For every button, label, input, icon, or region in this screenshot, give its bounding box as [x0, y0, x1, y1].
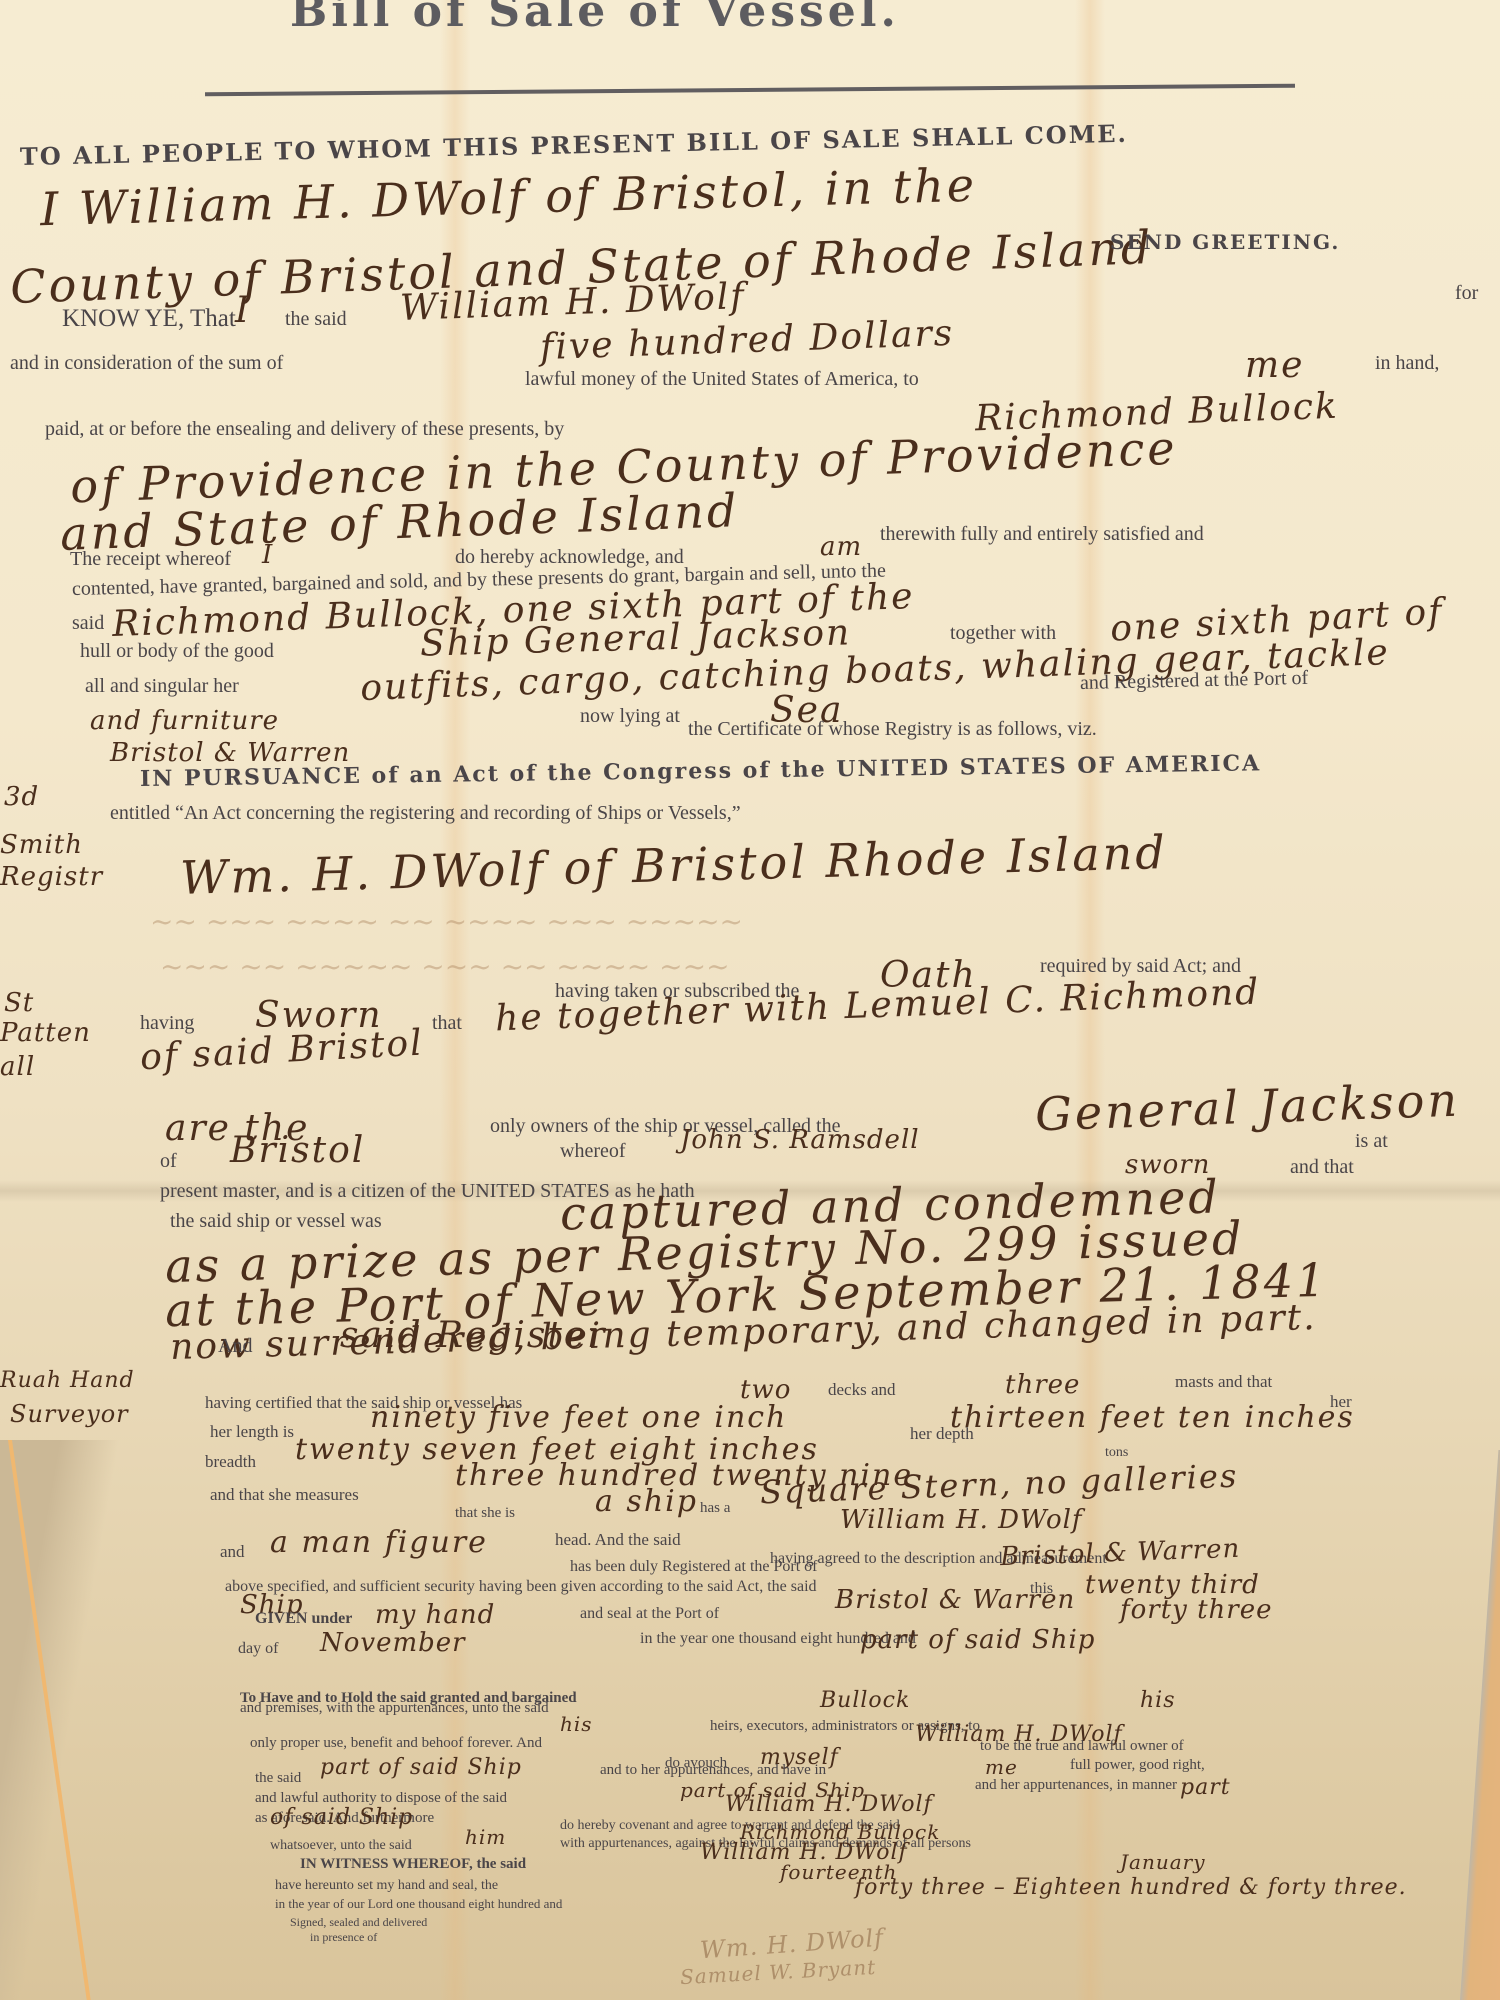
printed-said-ship: the said ship or vessel was	[170, 1210, 382, 1233]
know-ye-label: KNOW YE, That	[62, 305, 236, 333]
printed-this: this	[1030, 1580, 1053, 1598]
hw-length: ninety five feet one inch	[370, 1400, 787, 1435]
margin-note-6: all	[0, 1052, 35, 1082]
printed-whatsoever: whatsoever, unto the said	[270, 1838, 412, 1854]
printed-certificate: the Certificate of whose Registry is as …	[688, 718, 1097, 741]
printed-signed-sealed: Signed, sealed and delivered	[290, 1915, 427, 1930]
printed-consideration: and in consideration of the sum of	[10, 352, 283, 375]
send-greeting: SEND GREETING.	[1110, 230, 1340, 254]
printed-her-appurtenances: and her appurtenances, in manner	[975, 1777, 1177, 1794]
printed-receipt-1: The receipt whereof	[70, 548, 231, 571]
printed-have-hereunto: have hereunto set my hand and seal, the	[275, 1878, 498, 1894]
hw-master: John S. Ramsdell	[680, 1125, 920, 1155]
printed-hull: hull or body of the good	[80, 640, 274, 663]
hw-receipt-am: am	[820, 532, 862, 562]
printed-paid: paid, at or before the ensealing and del…	[45, 418, 564, 441]
hw-to: me	[1245, 345, 1304, 386]
printed-the-said: the said	[285, 308, 347, 331]
printed-has: has a	[700, 1500, 730, 1517]
printed-is-at: is at	[1355, 1130, 1388, 1153]
printed-seal: and seal at the Port of	[580, 1605, 719, 1623]
hw-his: his	[1140, 1688, 1176, 1713]
margin-surveyor-name: Ruah Hand	[0, 1368, 135, 1393]
printed-receipt-3: therewith fully and entirely satisfied a…	[880, 523, 1204, 546]
document-page: Bill of Sale of Vessel. TO ALL PEOPLE TO…	[0, 0, 1500, 2000]
hw-said-name: William H. DWolf	[840, 1505, 1083, 1535]
printed-having: having	[140, 1012, 194, 1035]
hw-ship-type: a ship	[595, 1484, 698, 1519]
printed-breadth: breadth	[205, 1452, 256, 1472]
hw-reg-port: Bristol & Warren	[1000, 1534, 1241, 1572]
hw-hand: my hand	[375, 1600, 495, 1630]
printed-measures: and that she measures	[210, 1485, 359, 1505]
bleed-through-1: ~~ ~~~ ~~~~ ~~ ~~~~ ~~~ ~~~~~	[150, 905, 743, 938]
printed-whereof: whereof	[560, 1140, 626, 1163]
hw-bullock: Bullock	[820, 1688, 910, 1713]
printed-in-presence: in presence of	[310, 1930, 377, 1945]
hw-owner: Wm. H. DWolf of Bristol Rhode Island	[179, 825, 1168, 905]
bleed-through-2: ~~~ ~~ ~~~~~ ~~~ ~~ ~~~~ ~~~	[160, 950, 730, 983]
printed-act-title: entitled “An Act concerning the register…	[110, 802, 741, 825]
printed-that-she-is: that she is	[455, 1505, 515, 1522]
hw-witness-year: forty three – Eighteen hundred & forty t…	[855, 1875, 1407, 1900]
hw-witness-month: January	[1120, 1850, 1206, 1874]
hw-of-ship: of said Ship	[270, 1805, 413, 1830]
hw-part-2: part	[1180, 1775, 1231, 1800]
printed-for: for	[1455, 282, 1478, 305]
printed-all-singular: all and singular her	[85, 675, 239, 698]
hw-me: me	[985, 1755, 1018, 1779]
hw-part-ship: part of said Ship	[320, 1755, 522, 1780]
printed-given: GIVEN under	[255, 1610, 352, 1628]
printed-masts: masts and that	[1175, 1372, 1272, 1392]
margin-note-3: Registr	[0, 862, 103, 892]
printed-true-owner: to be the true and lawful owner of	[980, 1738, 1184, 1755]
printed-together: together with	[950, 622, 1056, 645]
printed-witness-year: in the year of our Lord one thousand eig…	[275, 1896, 562, 1912]
printed-money: lawful money of the United States of Ame…	[525, 368, 919, 391]
printed-premises: and premises, with the appurtenances, un…	[240, 1700, 549, 1717]
hw-furniture: and furniture	[90, 706, 279, 736]
printed-tons: tons	[1105, 1445, 1128, 1461]
hw-given-year: forty three	[1120, 1595, 1273, 1625]
margin-note-4: St	[4, 988, 34, 1018]
hw-part-of-ship: part of said Ship	[860, 1625, 1095, 1655]
printed-day-of: day of	[238, 1640, 278, 1658]
printed-appurtenances: and to her appurtenances, and have in	[600, 1762, 826, 1779]
hw-said-register: said Register	[340, 1315, 606, 1356]
printed-said: said	[72, 612, 104, 635]
printed-in-hand: in hand,	[1375, 352, 1439, 375]
printed-full-power: full power, good right,	[1070, 1757, 1205, 1774]
margin-note-2: Smith	[0, 830, 83, 860]
hw-figurehead: a man figure	[270, 1525, 488, 1560]
printed-registered: and Registered at the Port of	[1080, 667, 1309, 695]
margin-surveyor-title: Surveyor	[10, 1400, 129, 1428]
printed-and-that: and that	[1290, 1156, 1354, 1179]
printed-the-said-2: the said	[255, 1770, 301, 1787]
hw-pronoun: I	[235, 290, 251, 331]
hw-depth: thirteen feet ten inches	[950, 1400, 1355, 1435]
hw-him: him	[465, 1825, 506, 1849]
page-edge-right	[1460, 1450, 1500, 2000]
printed-length: her length is	[210, 1422, 294, 1442]
margin-note-1: 3d	[4, 782, 39, 812]
hw-greeting-1: I William H. DWolf of Bristol, in the	[39, 158, 977, 237]
printed-and-2: and	[220, 1542, 245, 1562]
hw-his-2: his	[560, 1712, 593, 1736]
printed-in-witness: IN WITNESS WHEREOF, the said	[300, 1856, 526, 1873]
printed-now-lying: now lying at	[580, 705, 680, 728]
hw-masts: three	[1005, 1370, 1080, 1400]
hw-of-place: Bristol	[230, 1130, 365, 1171]
printed-decks: decks and	[828, 1380, 896, 1400]
printed-above: above specified, and sufficient security…	[225, 1578, 817, 1596]
document-title: Bill of Sale of Vessel.	[290, 0, 900, 37]
printed-that: that	[432, 1012, 462, 1035]
printed-only-proper: only proper use, benefit and behoof fore…	[250, 1735, 542, 1752]
printed-reg-port: has been duly Registered at the Port of	[570, 1558, 818, 1576]
hw-given-month: November	[320, 1628, 466, 1658]
title-rule	[205, 84, 1295, 97]
margin-note-5: Patten	[0, 1018, 91, 1048]
printed-and: And	[218, 1335, 252, 1358]
printed-head: head. And the said	[555, 1530, 681, 1550]
page-edge-left	[0, 1440, 200, 2000]
printed-of: of	[160, 1150, 177, 1173]
hw-wm-2: William H. DWolf	[725, 1792, 933, 1817]
hw-receipt-i: I	[262, 540, 273, 570]
